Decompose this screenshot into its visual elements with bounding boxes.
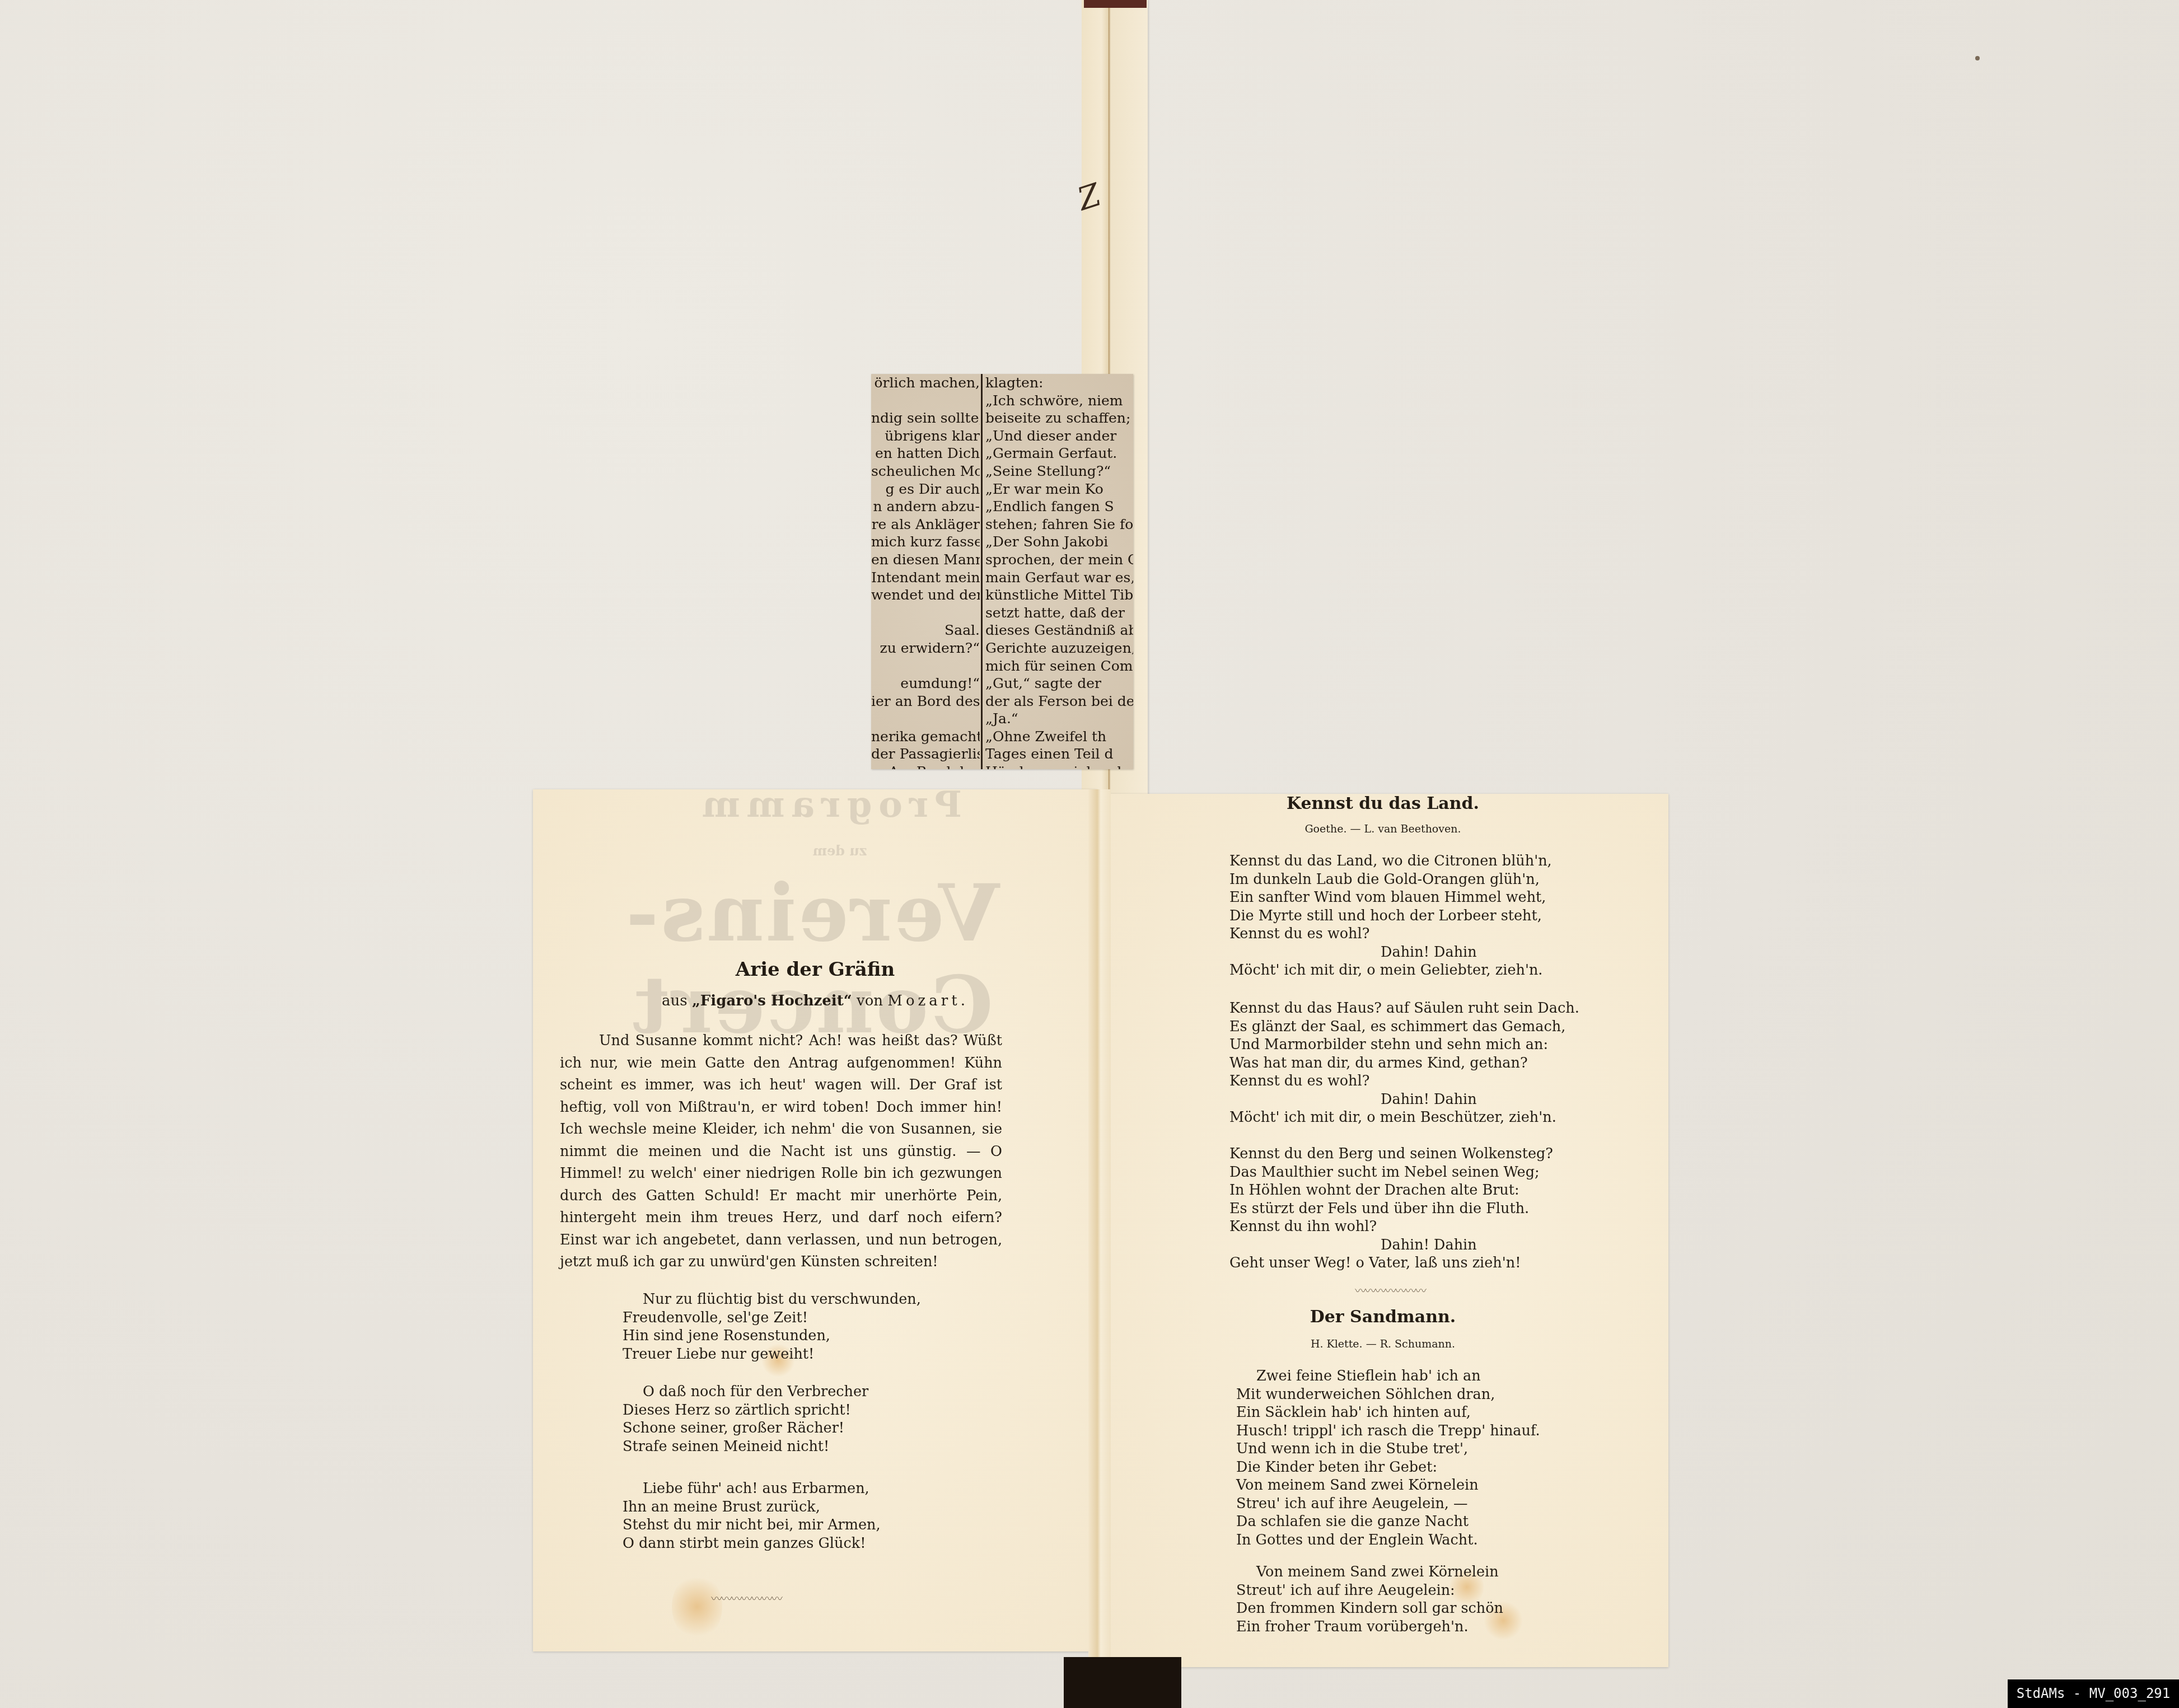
- verse-line: Kennst du den Berg und seinen Wolkensteg…: [1229, 1145, 1553, 1163]
- clipping-line: main Gerfaut war es,: [985, 569, 1133, 587]
- clipping-line: „Germain Gerfaut.: [985, 444, 1133, 462]
- recitative-paragraph: Und Susanne kommt nicht? Ach! was heißt …: [560, 1030, 1002, 1274]
- archive-reference-label: StdAMs - MV_003_291: [2008, 1679, 2179, 1708]
- song1-credits: Goethe. — L. van Beethoven.: [1097, 823, 1668, 835]
- song2-credits: H. Klette. — R. Schumann.: [1097, 1338, 1668, 1350]
- verse-line: Ein sanfter Wind vom blauen Himmel weht,: [1229, 888, 1552, 907]
- verse-line: Was hat man dir, du armes Kind, gethan?: [1229, 1054, 1579, 1073]
- clipping-line: ier an Bord des: [871, 692, 980, 710]
- clipping-line: Saal.: [871, 621, 980, 639]
- verse-line: Streu' ich auf ihre Aeugelein, —: [1236, 1495, 1540, 1513]
- song1-title: Kennst du das Land.: [1097, 794, 1668, 813]
- verse-line: Es stürzt der Fels und über ihn die Flut…: [1229, 1200, 1553, 1218]
- verse-line: Kennst du ihn wohl?: [1229, 1218, 1553, 1236]
- verse-line: Nur zu flüchtig bist du verschwunden,: [623, 1290, 921, 1309]
- binding-strip-top-edge: [1084, 0, 1147, 8]
- clipping-line: eumdung!“: [871, 675, 980, 692]
- verse-line: Kennst du das Haus? auf Säulen ruht sein…: [1229, 999, 1579, 1018]
- clipping-line: mich für seinen Compl: [985, 657, 1133, 675]
- clipping-line: Tages einen Teil d: [985, 745, 1133, 763]
- verse-line-refrain: Dahin! Dahin: [1229, 1091, 1579, 1109]
- verse-line: In Gottes und der Englein Wacht.: [1236, 1531, 1540, 1550]
- verse-line: Und Marmorbilder stehn und sehn mich an:: [1229, 1036, 1579, 1054]
- verse-line: Die Kinder beten ihr Gebet:: [1236, 1458, 1540, 1477]
- aria-stanza-2: O daß noch für den Verbrecher Dieses Her…: [623, 1383, 868, 1456]
- clipping-line: „Seine Stellung?“: [985, 462, 1133, 480]
- clipping-line: „Endlich fangen S: [985, 498, 1133, 516]
- verse-line: Es glänzt der Saal, es schimmert das Gem…: [1229, 1018, 1579, 1036]
- clipping-line: [871, 392, 980, 410]
- verse-line: Stehst du mir nicht bei, mir Armen,: [623, 1516, 881, 1534]
- aria-subtitle: aus „Figaro's Hochzeit“ von Mozart.: [533, 993, 1097, 1009]
- verse-line-refrain: Dahin! Dahin: [1229, 1236, 1553, 1255]
- verse-line: O dann stirbt mein ganzes Glück!: [623, 1534, 881, 1553]
- aria-stanza-3: Liebe führ' ach! aus Erbarmen, Ihn an me…: [623, 1480, 881, 1552]
- verse-line: Ein froher Traum vorübergeh'n.: [1236, 1618, 1503, 1636]
- song2-title: Der Sandmann.: [1097, 1307, 1668, 1327]
- clipping-line: „Der Sohn Jakobi: [985, 533, 1133, 551]
- clipping-line: Gerichte auzuzeigen, de: [985, 639, 1133, 657]
- foxing-stain: [672, 1573, 722, 1640]
- clipping-line: nerika gemacht.“: [871, 728, 980, 746]
- verse-line: Und wenn ich in die Stube tret',: [1236, 1440, 1540, 1458]
- verse-line: In Höhlen wohnt der Drachen alte Brut:: [1229, 1181, 1553, 1200]
- show-through-programm: Programm: [605, 784, 1053, 826]
- clipping-line: en diesen Mann: [871, 551, 980, 569]
- verse-line: Strafe seinen Meineid nicht!: [623, 1438, 868, 1456]
- clipping-line: dieses Geständniß able: [985, 621, 1133, 639]
- recitative-text: Und Susanne kommt nicht? Ach! was heißt …: [560, 1030, 1002, 1274]
- verse-line: Schone seiner, großer Rächer!: [623, 1419, 868, 1438]
- clipping-line: „Ohne Zweifel th: [985, 728, 1133, 746]
- verse-line: Von meinem Sand zwei Körnelein: [1236, 1476, 1540, 1495]
- clipping-line: künstliche Mittel Tiber: [985, 586, 1133, 604]
- clipping-line: Intendant mein: [871, 569, 980, 587]
- verse-line: Da schlafen sie die ganze Nacht: [1236, 1513, 1540, 1531]
- verse-line: Hin sind jene Rosenstunden,: [623, 1327, 921, 1345]
- verse-line: Streut' ich auf ihre Aeugelein:: [1236, 1581, 1503, 1600]
- verse-line-refrain: Dahin! Dahin: [1229, 943, 1552, 962]
- clipping-line: übrigens klar: [871, 427, 980, 445]
- clipping-line: „Und dieser ander: [985, 427, 1133, 445]
- clipping-line: der Passagierliste: [871, 745, 980, 763]
- ornament-divider: 〰〰〰〰〰〰〰: [1355, 1282, 1425, 1298]
- clipping-left-column: örlich machen, ndig sein sollte; übrigen…: [871, 374, 980, 769]
- clipping-line: örlich machen,: [871, 374, 980, 392]
- clipping-line: „Ja.“: [985, 710, 1133, 728]
- verse-line: Im dunkeln Laub die Gold-Orangen glüh'n,: [1229, 871, 1552, 889]
- verse-line: Zwei feine Stieflein hab' ich an: [1236, 1367, 1540, 1386]
- clipping-line: [871, 604, 980, 622]
- verse-line: Ein Säcklein hab' ich hinten auf,: [1236, 1403, 1540, 1422]
- show-through-zu-dem: zu dem: [616, 843, 1064, 859]
- clipping-line: ndig sein sollte;: [871, 409, 980, 427]
- clipping-line: [871, 657, 980, 675]
- clipping-line: sprochen, der mein On: [985, 551, 1133, 569]
- clipping-line: klagten:: [985, 374, 1133, 392]
- newspaper-clipping: örlich machen, ndig sein sollte; übrigen…: [871, 374, 1133, 769]
- clipping-line: wendet und den: [871, 586, 980, 604]
- column-rule: [981, 374, 983, 769]
- subtitle-by: von: [857, 993, 883, 1009]
- verse-line: Von meinem Sand zwei Körnelein: [1236, 1563, 1503, 1581]
- clipping-line: zu erwidern?“: [871, 639, 980, 657]
- song2-stanza-2: Von meinem Sand zwei Körnelein Streut' i…: [1236, 1563, 1503, 1636]
- song1-stanza-3: Kennst du den Berg und seinen Wolkensteg…: [1229, 1145, 1553, 1272]
- verse-line: Husch! trippl' ich rasch die Trepp' hina…: [1236, 1422, 1540, 1440]
- clipping-line: Hände zu spielen, hab: [985, 763, 1133, 769]
- verse-line: Ihn an meine Brust zurück,: [623, 1498, 881, 1517]
- clipping-right-column: klagten: „Ich schwöre, niem beiseite zu …: [985, 374, 1133, 769]
- verse-line: Freudenvolle, sel'ge Zeit!: [623, 1309, 921, 1327]
- verse-line: Mit wunderweichen Söhlchen dran,: [1236, 1386, 1540, 1404]
- clipping-line: [871, 710, 980, 728]
- verse-line: Liebe führ' ach! aus Erbarmen,: [623, 1480, 881, 1498]
- clipping-line: „Er war mein Ko: [985, 480, 1133, 498]
- paper-speck: [1975, 56, 1980, 60]
- verse-line: Geht unser Weg! o Vater, laß uns zieh'n!: [1229, 1254, 1553, 1272]
- clipping-line: n andern abzu-: [871, 498, 980, 516]
- verse-line: Dieses Herz so zärtlich spricht!: [623, 1401, 868, 1420]
- spine-bottom: [1064, 1657, 1181, 1708]
- ornament-divider: 〰〰〰〰〰〰〰: [711, 1590, 782, 1606]
- song1-stanza-2: Kennst du das Haus? auf Säulen ruht sein…: [1229, 999, 1579, 1127]
- verse-line: Den frommen Kindern soll gar schön: [1236, 1599, 1503, 1618]
- subtitle-composer: Mozart.: [887, 993, 969, 1009]
- clipping-line: mich kurz fassen:: [871, 533, 980, 551]
- song1-stanza-1: Kennst du das Land, wo die Citronen blüh…: [1229, 852, 1552, 980]
- subtitle-prefix: aus: [662, 993, 688, 1009]
- verse-line: Kennst du es wohl?: [1229, 1072, 1579, 1091]
- verse-line: Treuer Liebe nur geweiht!: [623, 1345, 921, 1364]
- clipping-line: en hatten Dich: [871, 444, 980, 462]
- song2-stanza-1: Zwei feine Stieflein hab' ich an Mit wun…: [1236, 1367, 1540, 1549]
- clipping-line: setzt hatte, daß der: [985, 604, 1133, 622]
- clipping-line: der als Ferson bei de: [985, 692, 1133, 710]
- clipping-line: scheulichen Mord: [871, 462, 980, 480]
- clipping-line: beiseite zu schaffen; ein: [985, 409, 1133, 427]
- verse-line: Möcht' ich mit dir, o mein Geliebter, zi…: [1229, 961, 1552, 980]
- verse-line: O daß noch für den Verbrecher: [623, 1383, 868, 1401]
- clipping-line: re als Ankläger: [871, 516, 980, 534]
- aria-stanza-1: Nur zu flüchtig bist du verschwunden, Fr…: [623, 1290, 921, 1363]
- clipping-line: „Ich schwöre, niem: [985, 392, 1133, 410]
- verse-line: Möcht' ich mit dir, o mein Beschützer, z…: [1229, 1108, 1579, 1127]
- subtitle-work: „Figaro's Hochzeit“: [692, 993, 852, 1009]
- verse-line: Kennst du das Land, wo die Citronen blüh…: [1229, 852, 1552, 871]
- clipping-line: „Gut,“ sagte der: [985, 675, 1133, 692]
- verse-line: Kennst du es wohl?: [1229, 925, 1552, 943]
- clipping-line: g es Dir auch: [871, 480, 980, 498]
- clipping-line: Am Bord des: [871, 763, 980, 769]
- page-gutter: [1088, 789, 1111, 1668]
- clipping-line: stehen; fahren Sie for: [985, 516, 1133, 534]
- verse-line: Das Maulthier sucht im Nebel seinen Weg;: [1229, 1163, 1553, 1182]
- verse-line: Die Myrte still und hoch der Lorbeer ste…: [1229, 907, 1552, 925]
- aria-title: Arie der Gräfin: [533, 958, 1097, 981]
